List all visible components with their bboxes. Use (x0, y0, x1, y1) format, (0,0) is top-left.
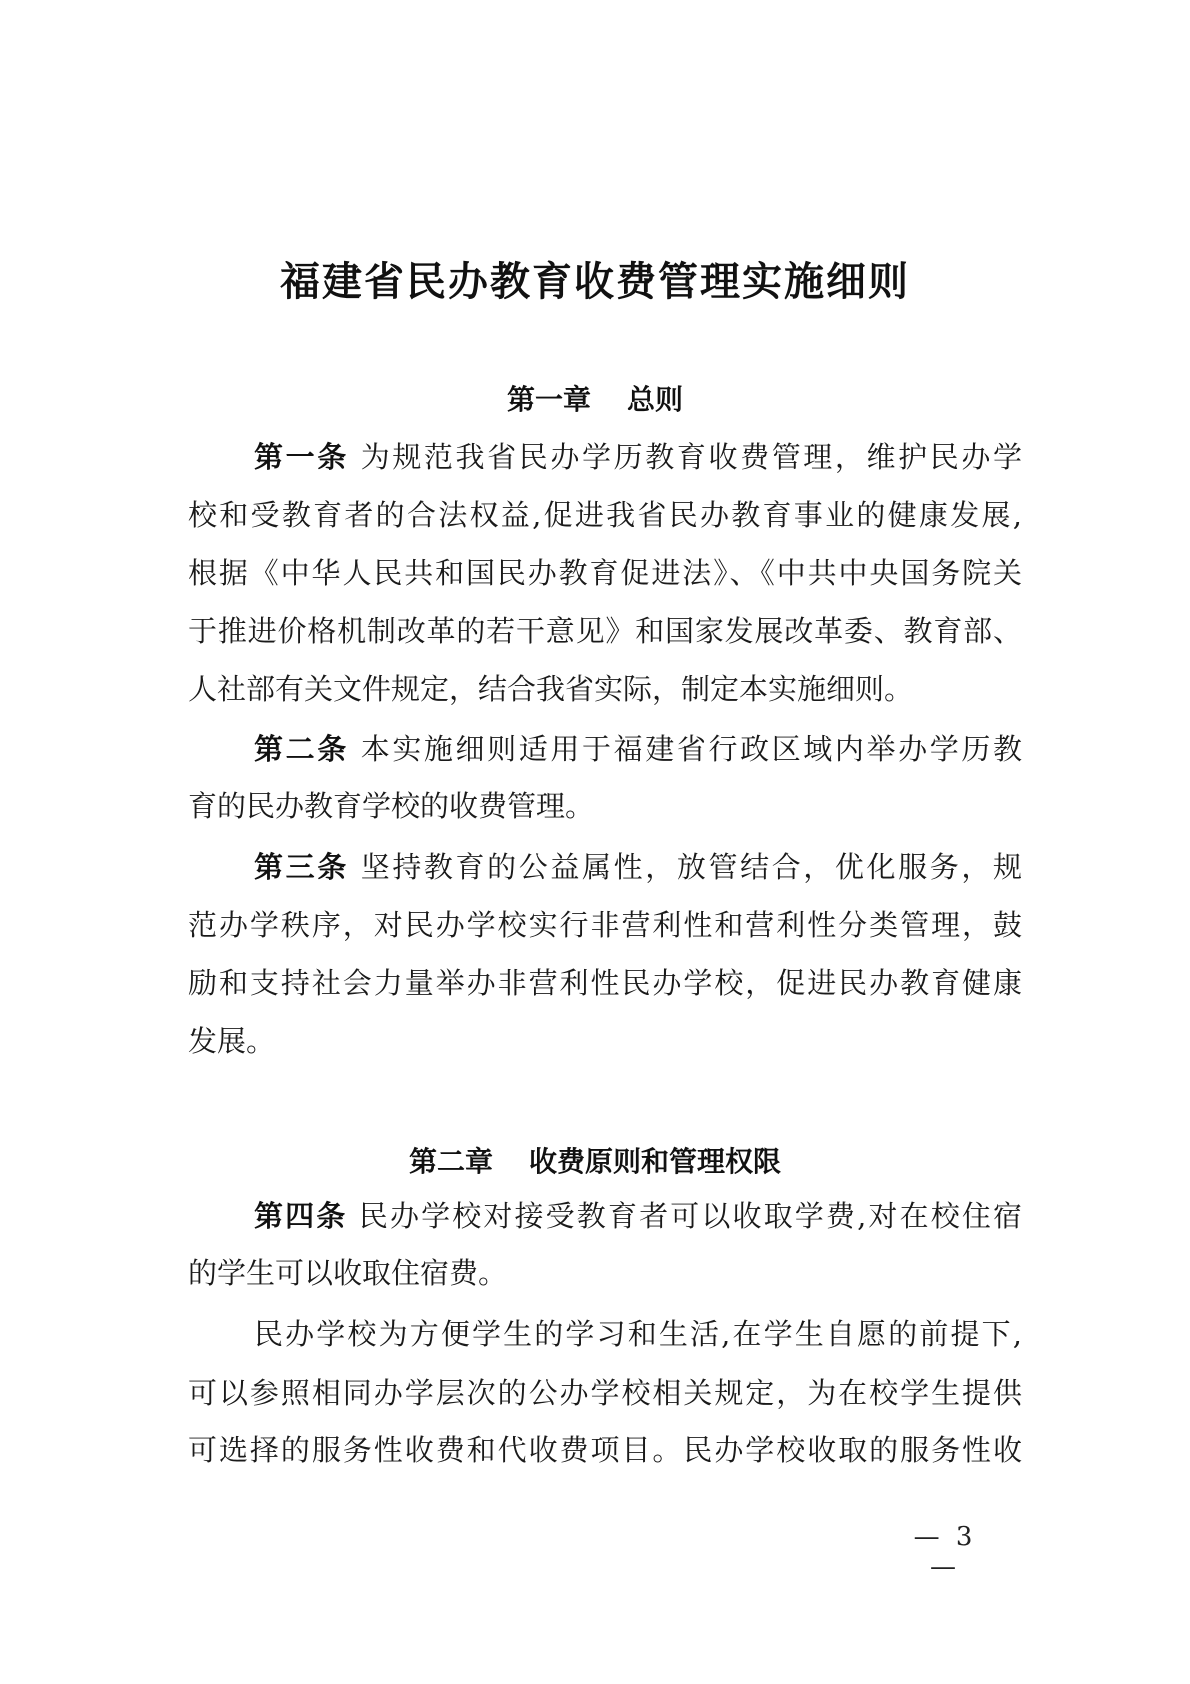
article-2-line-1: 第二条 本实施细则适用于福建省行政区域内举办学历教 (254, 729, 1022, 769)
article-label: 第三条 (254, 850, 349, 884)
article-4-line-2: 的学生可以收取住宿费。 (188, 1253, 1022, 1293)
paragraph-line-3: 可选择的服务性收费和代收费项目。民办学校收取的服务性收 (188, 1430, 1022, 1470)
article-text: 坚持教育的公益属性，放管结合，优化服务，规 (361, 850, 1022, 884)
article-3-line-4: 发展。 (188, 1021, 1022, 1061)
article-text: 民办学校对接受教育者可以收取学费,对在校住宿 (359, 1199, 1022, 1233)
article-label: 第二条 (254, 732, 349, 766)
article-1-line-3: 根据《中华人民共和国民办教育促进法》、《中共中央国务院关 (188, 553, 1022, 593)
document-title: 福建省民办教育收费管理实施细则 (0, 250, 1190, 307)
article-1-line-2: 校和受教育者的合法权益,促进我省民办教育事业的健康发展, (188, 495, 1022, 535)
article-1-line-4: 于推进价格机制改革的若干意见》和国家发展改革委、教育部、 (188, 611, 1022, 651)
article-label: 第一条 (254, 440, 349, 474)
document-page: 福建省民办教育收费管理实施细则 第一章总则 第一条 为规范我省民办学历教育收费管… (0, 0, 1190, 1684)
page-number: — 3 — (900, 1522, 990, 1582)
paragraph-line-2: 可以参照相同办学层次的公办学校相关规定，为在校学生提供 (188, 1373, 1022, 1413)
article-1-line-1: 第一条 为规范我省民办学历教育收费管理，维护民办学 (254, 437, 1022, 477)
paragraph-line-1: 民办学校为方便学生的学习和生活,在学生自愿的前提下, (254, 1314, 1022, 1354)
article-text: 为规范我省民办学历教育收费管理，维护民办学 (361, 440, 1022, 474)
article-2-line-2: 育的民办教育学校的收费管理。 (188, 786, 1022, 826)
chapter-label: 第一章 (507, 383, 591, 416)
chapter-label: 第二章 (409, 1145, 493, 1178)
chapter-name: 总则 (627, 383, 683, 416)
article-text: 本实施细则适用于福建省行政区域内举办学历教 (361, 732, 1022, 766)
chapter-heading-2: 第二章收费原则和管理权限 (0, 1140, 1190, 1180)
article-4-line-1: 第四条 民办学校对接受教育者可以收取学费,对在校住宿 (254, 1196, 1022, 1236)
chapter-heading-1: 第一章总则 (0, 378, 1190, 418)
article-3-line-3: 励和支持社会力量举办非营利性民办学校，促进民办教育健康 (188, 963, 1022, 1003)
article-1-line-5: 人社部有关文件规定，结合我省实际，制定本实施细则。 (188, 669, 1022, 709)
article-3-line-2: 范办学秩序，对民办学校实行非营利性和营利性分类管理，鼓 (188, 905, 1022, 945)
chapter-name: 收费原则和管理权限 (529, 1145, 781, 1178)
article-3-line-1: 第三条 坚持教育的公益属性，放管结合，优化服务，规 (254, 847, 1022, 887)
article-label: 第四条 (254, 1199, 347, 1233)
